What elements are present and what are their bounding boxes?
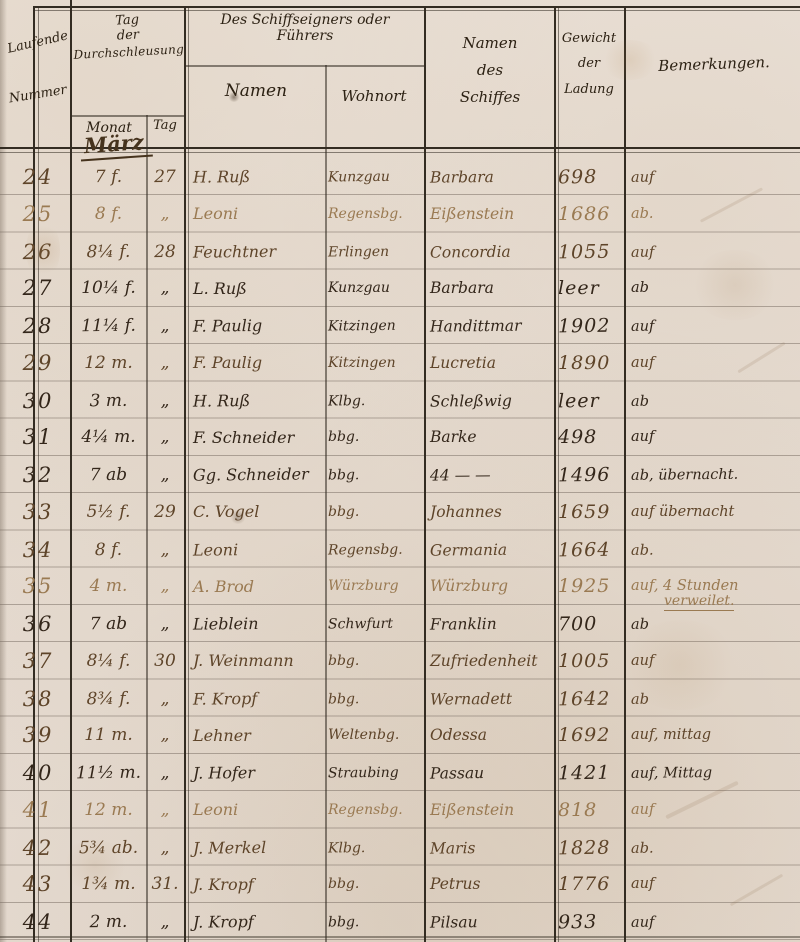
table-row: 3911 m.„LehnerWeltenbg.Odessa1692auf, mi…: [0, 717, 800, 754]
shipper-name-cell: H. Ruß: [193, 381, 321, 420]
header-namen: Namen: [188, 82, 324, 102]
time-cell: 8¼ f.: [73, 642, 144, 679]
weight-cell: 1005: [558, 642, 622, 679]
header-tag-sub: Tag: [146, 119, 184, 134]
day-cell: „: [147, 828, 183, 866]
ship-name-cell: Johannes: [430, 493, 552, 530]
weight-cell: 1925: [558, 568, 622, 605]
shipper-name-cell: C. Vogel: [193, 493, 321, 530]
time-cell: 8 f.: [73, 530, 144, 568]
shipper-name-cell: J. Kropf: [193, 902, 321, 941]
weight-cell: 1890: [558, 344, 622, 381]
shipper-name-cell: Leoni: [193, 195, 321, 232]
time-cell: 2 m.: [73, 903, 144, 941]
table-row: 431¾ m.31.J. Kropfbbg.Petrus1776auf: [0, 866, 800, 903]
remark-cell: auf: [631, 344, 798, 381]
remark-cell: ab: [631, 270, 798, 307]
header-der-line: der: [116, 27, 139, 43]
day-cell: „: [147, 679, 183, 717]
table-row: 2710¼ f.„L. RußKunzgauBarbaraleerab: [0, 270, 800, 307]
row-number-cell: 30: [12, 381, 64, 419]
residence-cell: Regensbg.: [328, 195, 422, 232]
day-cell: „: [147, 791, 183, 828]
header-namen-des-schiffes: Namen des Schiffes: [428, 30, 552, 111]
shipper-name-cell: L. Ruß: [193, 270, 321, 307]
remark-cell: auf: [631, 232, 798, 271]
time-cell: 5½ f.: [73, 493, 144, 530]
weight-cell: 1686: [558, 195, 622, 232]
header-split-monat-tag: [70, 115, 186, 117]
ship-name-cell: Petrus: [430, 866, 552, 903]
time-cell: 7 f.: [73, 158, 144, 196]
weight-cell: 1421: [558, 754, 622, 792]
time-cell: 1¾ m.: [73, 866, 144, 903]
row-number-cell: 38: [12, 679, 64, 717]
time-cell: 11¼ f.: [73, 307, 144, 345]
row-number-cell: 26: [12, 232, 64, 270]
row-number-cell: 25: [12, 195, 64, 232]
residence-cell: Straubing: [328, 754, 422, 792]
shipper-name-cell: F. Schneider: [193, 419, 321, 456]
shipper-name-cell: A. Brod: [193, 568, 321, 605]
day-cell: „: [147, 419, 183, 456]
remark-cell: auf, mittag: [631, 717, 798, 754]
ship-name-cell: Zufriedenheit: [430, 642, 552, 679]
time-cell: 4 m.: [73, 568, 144, 605]
row-number-cell: 37: [12, 642, 64, 679]
ship-name-cell: Maris: [430, 828, 552, 867]
header-durchschleusung-line: Durchschleusung: [73, 43, 186, 63]
ship-name-cell: Lucretia: [430, 344, 552, 381]
header-tag-line: Tag: [115, 12, 139, 28]
day-cell: 27: [147, 158, 183, 196]
time-cell: 5¾ ab.: [73, 828, 144, 866]
row-number-cell: 32: [12, 456, 64, 494]
shipper-name-cell: J. Kropf: [193, 866, 321, 903]
day-cell: „: [147, 605, 183, 643]
residence-cell: Klbg.: [328, 828, 422, 866]
day-cell: 28: [147, 232, 183, 270]
residence-cell: Kunzgau: [328, 158, 422, 196]
day-cell: „: [147, 307, 183, 345]
time-cell: 8¼ f.: [73, 232, 144, 270]
time-cell: 8 f.: [73, 195, 144, 232]
residence-cell: Kitzingen: [328, 344, 422, 381]
row-number-cell: 42: [12, 828, 64, 866]
time-cell: 12 m.: [73, 791, 144, 828]
row-number-cell: 31: [12, 419, 64, 456]
residence-cell: bbg.: [328, 493, 422, 530]
row-number-cell: 35: [12, 568, 64, 605]
residence-cell: bbg.: [328, 679, 422, 717]
header-split-schiffseigner: [184, 65, 426, 67]
ship-name-cell: Wernadett: [430, 679, 552, 718]
ship-name-cell: Pilsau: [430, 902, 552, 941]
time-cell: 4¼ m.: [73, 419, 144, 456]
ship-name-cell: Barke: [430, 419, 552, 456]
row-number-cell: 39: [12, 717, 64, 754]
row-number-cell: 40: [12, 754, 64, 792]
row-number-cell: 29: [12, 344, 64, 381]
residence-cell: Regensbg.: [328, 791, 422, 828]
weight-cell: 1642: [558, 679, 622, 717]
day-cell: „: [147, 530, 183, 568]
remark-cell: auf, Mittag: [631, 753, 798, 792]
table-row: 4112 m.„LeoniRegensbg.Eißenstein818auf: [0, 791, 800, 828]
remark-cell: ab.: [631, 828, 798, 867]
residence-cell: bbg.: [328, 419, 422, 456]
table-row: 258 f.„LeoniRegensbg.Eißenstein1686ab.: [0, 195, 800, 232]
remark-cell: auf: [631, 306, 798, 345]
remark-cell: auf übernacht: [631, 493, 798, 530]
shipper-name-cell: Lehner: [193, 717, 321, 754]
remark-second-line: verweilet.: [664, 593, 734, 611]
weight-cell: leer: [558, 270, 622, 307]
day-cell: „: [147, 381, 183, 419]
header-gewicht-line3: Ladung: [564, 82, 614, 97]
day-cell: „: [147, 456, 183, 494]
shipper-name-cell: Feuchtner: [193, 232, 321, 271]
day-cell: 31.: [147, 866, 183, 903]
residence-cell: Weltenbg.: [328, 717, 422, 754]
header-gewicht-der-ladung: Gewicht der Ladung: [556, 26, 622, 102]
table-border-top: [33, 6, 800, 8]
residence-cell: bbg.: [328, 866, 422, 903]
table-row: 314¼ m.„F. Schneiderbbg.Barke498auf: [0, 419, 800, 456]
residence-cell: Erlingen: [328, 232, 422, 270]
row-number-cell: 41: [12, 791, 64, 828]
time-cell: 12 m.: [73, 344, 144, 381]
remark-cell: auf: [631, 866, 798, 903]
weight-cell: 1659: [558, 493, 622, 530]
time-cell: 10¼ f.: [73, 270, 144, 307]
table-row: 268¼ f.28FeuchtnerErlingenConcordia1055a…: [0, 233, 800, 270]
time-cell: 7 ab: [73, 605, 144, 643]
weight-cell: 1055: [558, 232, 622, 270]
shipper-name-cell: F. Paulig: [193, 344, 321, 381]
day-cell: „: [147, 195, 183, 232]
weight-cell: 1902: [558, 307, 622, 345]
remark-cell: ab: [631, 679, 798, 718]
row-number-cell: 34: [12, 530, 64, 568]
header-gewicht-line1: Gewicht: [562, 31, 616, 46]
residence-cell: Klbg.: [328, 381, 422, 419]
weight-cell: leer: [558, 381, 622, 419]
row-number-cell: 33: [12, 493, 64, 530]
row-number-cell: 43: [12, 866, 64, 903]
remark-cell: auf: [631, 791, 798, 828]
time-cell: 11½ m.: [73, 754, 144, 792]
residence-cell: bbg.: [328, 456, 422, 494]
shipper-name-cell: J. Merkel: [193, 828, 321, 867]
ship-name-cell: Germania: [430, 530, 552, 569]
table-row: 2811¼ f.„F. PauligKitzingenHandittmar190…: [0, 307, 800, 344]
table-row: 327 ab„Gg. Schneiderbbg.44 — —1496ab, üb…: [0, 456, 800, 493]
time-cell: 11 m.: [73, 717, 144, 754]
row-number-cell: 27: [12, 270, 64, 307]
remark-cell: ab.: [631, 530, 798, 569]
weight-cell: 1776: [558, 866, 622, 903]
month-label: März: [79, 129, 153, 162]
shipper-name-cell: J. Weinmann: [193, 642, 321, 679]
shipper-name-cell: F. Kropf: [193, 679, 321, 718]
residence-cell: Schwfurt: [328, 605, 422, 643]
shipper-name-cell: H. Ruß: [193, 157, 321, 196]
day-cell: „: [147, 270, 183, 307]
time-cell: 8¾ f.: [73, 679, 144, 717]
weight-cell: 700: [558, 605, 622, 643]
header-schiff-line3: Schiffes: [460, 88, 520, 106]
table-row: 354 m.„A. BrodWürzburgWürzburg1925auf, 4…: [0, 568, 800, 605]
day-cell: „: [147, 344, 183, 381]
day-cell: „: [147, 903, 183, 941]
day-cell: 30: [147, 642, 183, 679]
day-cell: „: [147, 754, 183, 792]
ship-name-cell: Barbara: [430, 157, 552, 196]
header-schiff-line1: Namen: [463, 34, 518, 52]
ship-name-cell: Eißenstein: [430, 195, 552, 232]
residence-cell: bbg.: [328, 642, 422, 679]
shipper-name-cell: F. Paulig: [193, 306, 321, 345]
table-row: 348 f.„LeoniRegensbg.Germania1664ab.: [0, 531, 800, 568]
header-schiffseigner-line2: Führers: [277, 28, 334, 44]
remark-cell: ab.: [631, 195, 798, 232]
row-number-cell: 36: [12, 605, 64, 643]
shipper-name-cell: Leoni: [193, 791, 321, 828]
ship-name-cell: Franklin: [430, 604, 552, 643]
table-border-top-inner: [33, 10, 800, 11]
day-cell: „: [147, 568, 183, 605]
header-schiffseigner-line1: Des Schiffseigners oder: [221, 12, 390, 28]
header-bemerkungen: Bemerkungen.: [630, 53, 798, 76]
row-number-cell: 44: [12, 903, 64, 941]
row-number-cell: 28: [12, 307, 64, 345]
day-cell: „: [147, 717, 183, 754]
remark-cell: auf: [631, 157, 798, 196]
ship-name-cell: Eißenstein: [430, 791, 552, 828]
remark-cell: auf: [631, 902, 798, 941]
weight-cell: 1828: [558, 828, 622, 866]
header-gewicht-line2: der: [578, 56, 600, 71]
ship-name-cell: Handittmar: [430, 306, 552, 345]
weight-cell: 1496: [558, 456, 622, 494]
table-row: 378¼ f.30J. Weinmannbbg.Zufriedenheit100…: [0, 642, 800, 679]
residence-cell: bbg.: [328, 903, 422, 941]
header-wohnort: Wohnort: [326, 88, 422, 105]
residence-cell: Regensbg.: [328, 530, 422, 568]
ship-name-cell: 44 — —: [430, 455, 552, 494]
shipper-name-cell: Leoni: [193, 530, 321, 569]
header-schiffseigner: Des Schiffseigners oder Führers: [188, 12, 422, 44]
row-number-cell: 24: [12, 158, 64, 196]
shipper-name-cell: Lieblein: [193, 604, 321, 643]
residence-cell: Kitzingen: [328, 307, 422, 345]
ship-name-cell: Passau: [430, 753, 552, 792]
residence-cell: Kunzgau: [328, 270, 422, 307]
shipper-name-cell: J. Hofer: [193, 753, 321, 792]
day-cell: 29: [147, 493, 183, 530]
weight-cell: 1664: [558, 530, 622, 568]
remark-cell: ab: [631, 381, 798, 420]
table-row: 442 m.„J. Kropfbbg.Pilsau933auf: [0, 903, 800, 940]
ship-name-cell: Barbara: [430, 270, 552, 307]
ship-name-cell: Würzburg: [430, 568, 552, 605]
ship-name-cell: Concordia: [430, 232, 552, 271]
ledger-page: Laufende Nummer Tag der Durchschleusung …: [0, 0, 800, 942]
table-row: 303 m.„H. RußKlbg.Schleßwigleerab: [0, 382, 800, 419]
ship-name-cell: Odessa: [430, 717, 552, 754]
remark-cell: ab, übernacht.: [631, 455, 798, 494]
table-row: 425¾ ab.„J. MerkelKlbg.Maris1828ab.: [0, 829, 800, 866]
table-row: 2912 m.„F. PauligKitzingenLucretia1890au…: [0, 344, 800, 381]
header-schiff-line2: des: [477, 61, 503, 79]
remark-cell: auf: [631, 642, 798, 679]
time-cell: 7 ab: [73, 456, 144, 494]
table-row: 335½ f.29C. Vogelbbg.Johannes1659auf übe…: [0, 493, 800, 530]
weight-cell: 698: [558, 158, 622, 196]
ship-name-cell: Schleßwig: [430, 381, 552, 420]
table-row: 388¾ f.„F. Kropfbbg.Wernadett1642ab: [0, 680, 800, 717]
header-tag-der-durchschleusung: Tag der Durchschleusung: [71, 11, 185, 62]
weight-cell: 498: [558, 419, 622, 456]
weight-cell: 933: [558, 903, 622, 941]
table-row: 4011½ m.„J. HoferStraubingPassau1421auf,…: [0, 754, 800, 791]
weight-cell: 1692: [558, 717, 622, 754]
shipper-name-cell: Gg. Schneider: [193, 455, 321, 494]
residence-cell: Würzburg: [328, 568, 422, 605]
table-row: 247 f.27H. RußKunzgauBarbara698auf: [0, 158, 800, 195]
time-cell: 3 m.: [73, 381, 144, 419]
remark-cell: auf: [631, 419, 798, 456]
weight-cell: 818: [558, 791, 622, 828]
